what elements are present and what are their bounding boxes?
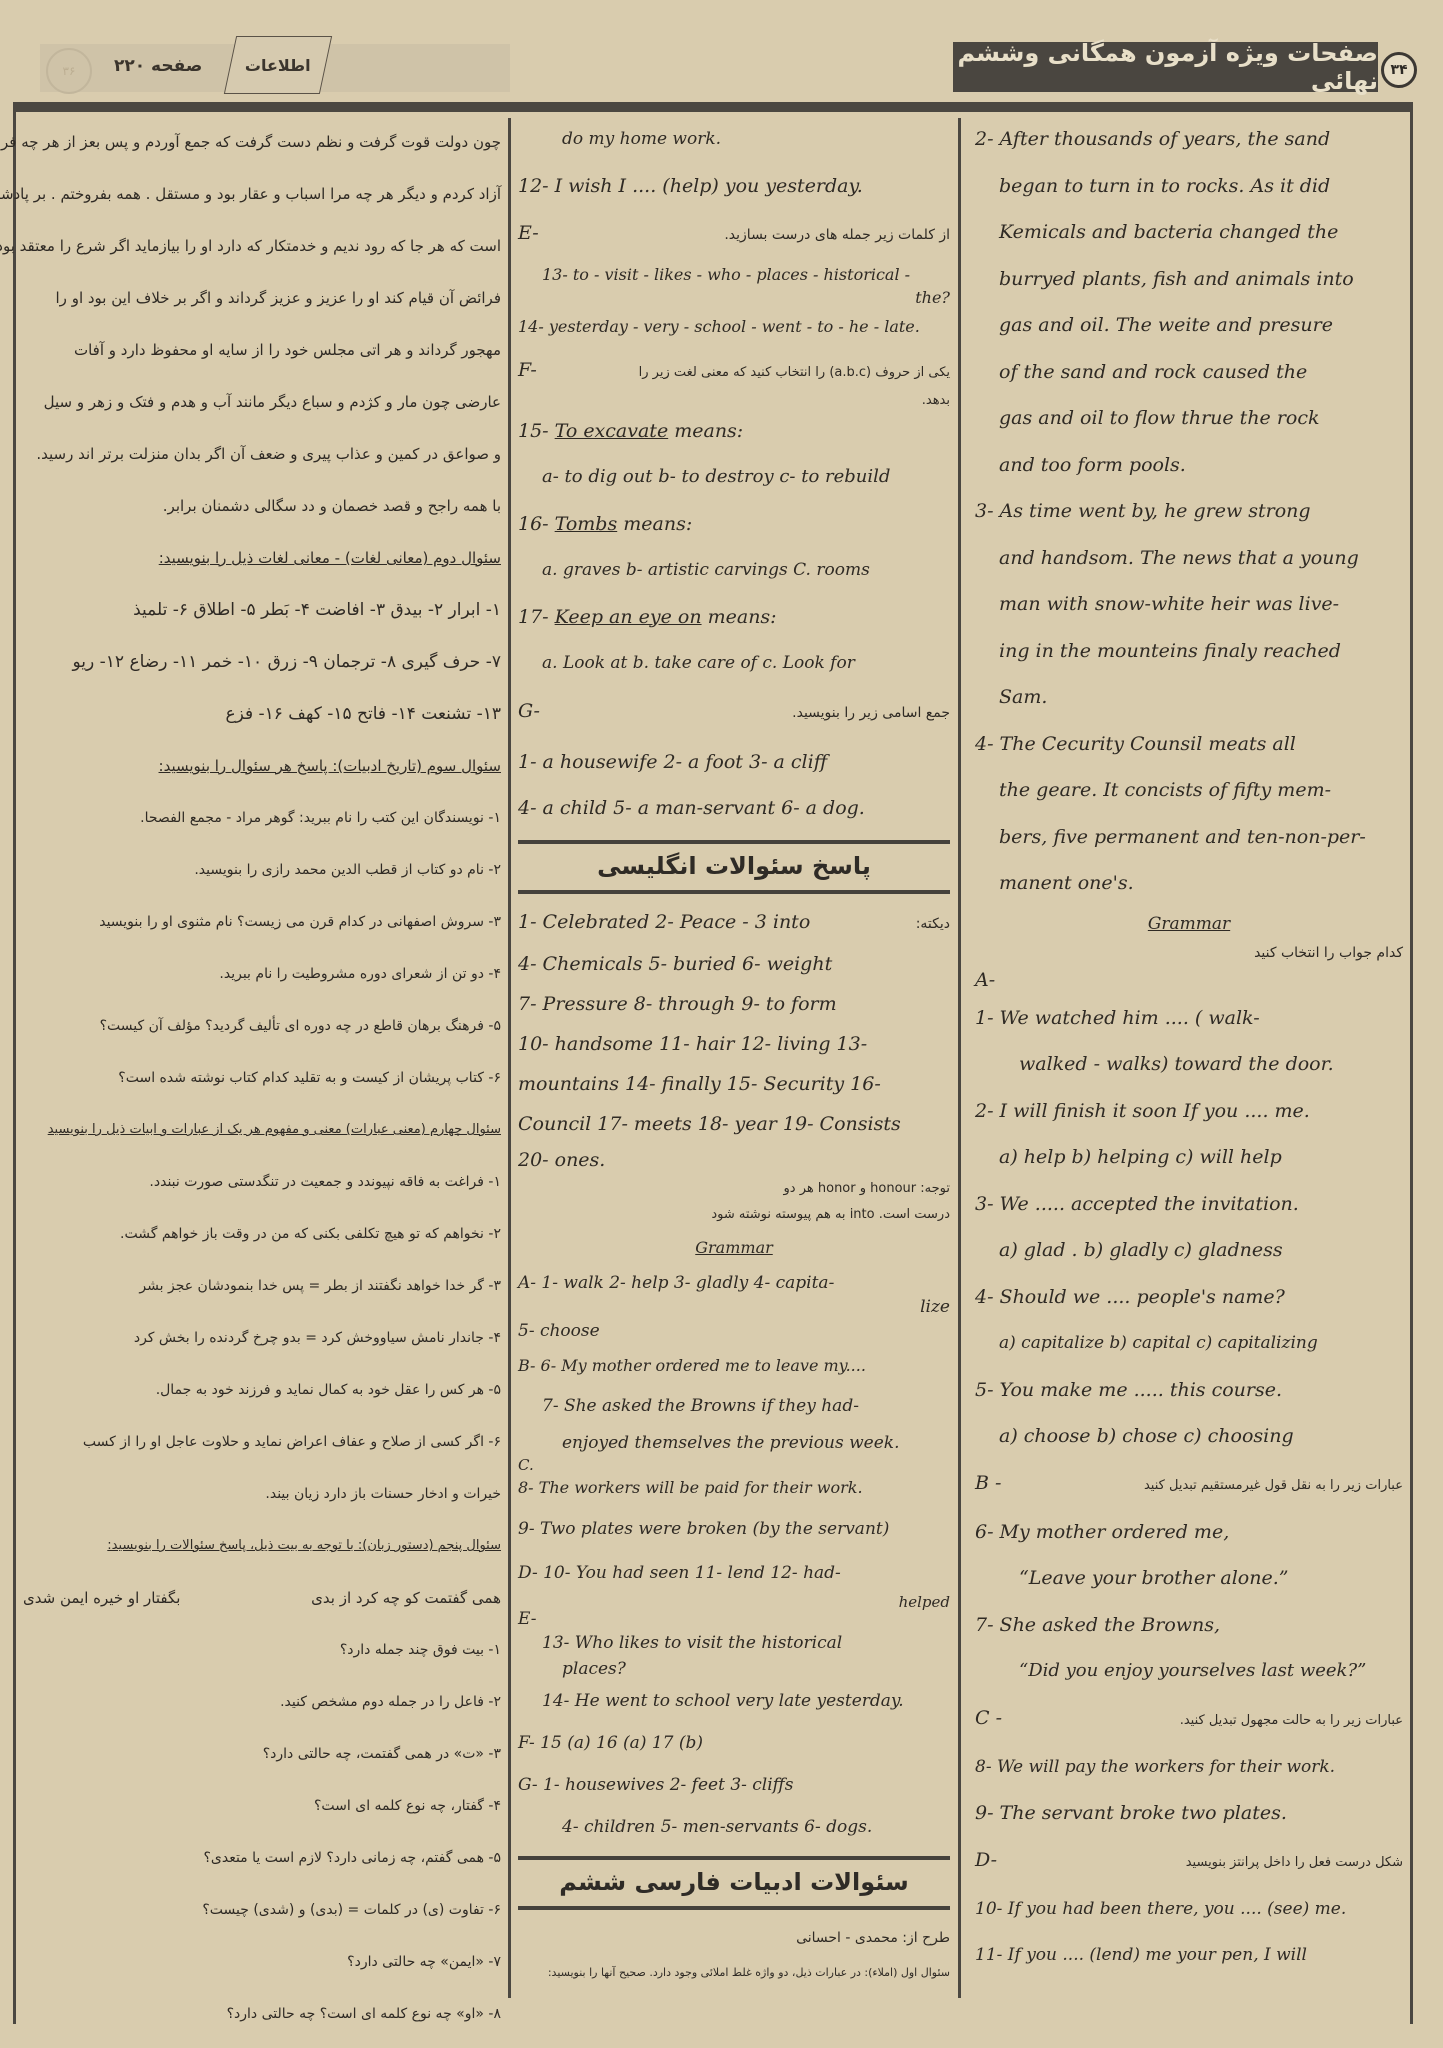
english-answers-column: do my home work. 12- I wish I .... (help…: [518, 116, 950, 1988]
grammar-answer-line: lize: [518, 1298, 950, 1316]
frame-left-border: [13, 102, 16, 2024]
question-16-term: Tombs: [555, 513, 618, 535]
grammar-answer-line: helped: [518, 1594, 950, 1610]
section-number-badge: ۳۴: [1381, 52, 1417, 88]
lit-history-item: ۴- دو تن از شعرای دوره مشروطیت را نام بب…: [23, 948, 501, 1000]
grammar-question-2: 2- I will finish it soon If you .... me.: [975, 1088, 1403, 1135]
vocab-line: ۱- ابرار ۲- بیدق ۳- افاضت ۴- بَطر ۵- اطل…: [23, 584, 501, 636]
phrase-item: ۳- گر خدا خواهد نگفتند از بطر = پس خدا ب…: [23, 1260, 501, 1312]
vocab-line: ۷- حرف گیری ۸- ترجمان ۹- زرق ۱۰- خمر ۱۱-…: [23, 636, 501, 688]
question-17-number: 17-: [518, 606, 555, 628]
answer-line: Council 17- meets 18- year 19- Consists: [518, 1104, 950, 1144]
grammar-question-7: 7- She asked the Browns,: [975, 1602, 1403, 1649]
section-c-instruction: عبارات زیر را به حالت مجهول تبدیل کنید.: [1180, 1698, 1403, 1744]
paragraph-3-line: and handsom. The news that a young: [975, 535, 1403, 582]
question-3-title: سئوال سوم (تاریخ ادبیات): پاسخ هر سئوال …: [23, 740, 501, 792]
grammar-item: ۵- همی گفتم، چه زمانی دارد؟ لازم است یا …: [23, 1832, 501, 1884]
passage-line: مهجور گرداند و هر اتی مجلس خود را از سای…: [23, 324, 501, 376]
paragraph-4-line: manent one's.: [975, 860, 1403, 907]
plural-question-line: 4- a child 5- a man-servant 6- a dog.: [518, 785, 950, 832]
newspaper-logo: اطلاعات: [224, 36, 332, 94]
question-15-options: a- to dig out b- to destroy c- to rebuil…: [518, 454, 950, 501]
lit-history-item: ۲- نام دو کتاب از قطب الدین محمد رازی را…: [23, 844, 501, 896]
persian-literature-section-title: سئوالات ادبیات فارسی ششم: [518, 1856, 950, 1910]
grammar-title: Grammar: [975, 907, 1403, 941]
passage-line: با همه راجح و قصد خصمان و دد سگالی دشمنا…: [23, 480, 501, 532]
paragraph-2-line: and too form pools.: [975, 442, 1403, 489]
grammar-answer-line: places?: [518, 1658, 950, 1680]
paragraph-3-line: Sam.: [975, 674, 1403, 721]
passage-line: آزاد کردم و دیگر هر چه مرا اسباب و عقار …: [23, 168, 501, 220]
grammar-item: ۱- بیت فوق چند جمله دارد؟: [23, 1624, 501, 1676]
page-frame: چون دولت قوت گرفت و نظم دست گرفت که جمع …: [13, 102, 1413, 2030]
grammar-answer-line: A- 1- walk 2- help 3- gladly 4- capita-: [518, 1268, 950, 1298]
passage-line: است که هر جا که رود ندیم و خدمتکار که دا…: [23, 220, 501, 272]
paragraph-2-line: gas and oil to flow thrue the rock: [975, 395, 1403, 442]
grammar-question-5: 5- You make me ..... this course.: [975, 1367, 1403, 1414]
section-b-instruction: عبارات زیر را به نقل قول غیرمستقیم تبدیل…: [1144, 1463, 1403, 1509]
section-a-instruction: کدام جواب را انتخاب کنید: [975, 941, 1403, 965]
section-title-banner: صفحات ویژه آزمون همگانی وششم نهائی: [953, 42, 1378, 92]
passage-line: عارضی چون مار و کژدم و سباع دیگر مانند آ…: [23, 376, 501, 428]
section-f-header: F- یکی از حروف (a.b.c) را انتخاب کنید که…: [518, 347, 950, 394]
phrase-item: ۲- نخواهم که تو هیچ تکلفی بکنی که من در …: [23, 1208, 501, 1260]
section-g-label: G-: [518, 688, 540, 735]
grammar-question-6-quote: “Leave your brother alone.”: [975, 1555, 1403, 1602]
grammar-question-7-quote: “Did you enjoy yourselves last week?”: [975, 1648, 1403, 1695]
passage-line: فرائض آن قیام کند او را عزیز و عزیز گردا…: [23, 272, 501, 324]
vocab-line: ۱۳- تشنعت ۱۴- فاتح ۱۵- کهف ۱۶- فزع: [23, 688, 501, 740]
grammar-item: ۳- «ت» در همی گفتمت، چه حالتی دارد؟: [23, 1728, 501, 1780]
question-designers: طرح از: محمدی - احسانی: [518, 1918, 950, 1958]
question-17-term: Keep an eye on: [555, 606, 702, 628]
grammar-item: ۷- «ایمن» چه حالتی دارد؟: [23, 1936, 501, 1988]
into-note: درست است. into به هم پیوسته نوشته شود: [518, 1202, 950, 1228]
question-15: 15- To excavate means:: [518, 408, 950, 455]
paragraph-4-line: 4- The Cecurity Counsil meats all: [975, 721, 1403, 768]
section-a-label: A-: [975, 965, 1403, 995]
section-f-instruction: یکی از حروف (a.b.c) را انتخاب کنید که مع…: [639, 359, 950, 387]
paragraph-2-line: gas and oil. The weite and presure: [975, 302, 1403, 349]
grammar-question-1: 1- We watched him .... ( walk-: [975, 995, 1403, 1042]
lit-history-item: ۱- نویسندگان این کتب را نام ببرید: گوهر …: [23, 792, 501, 844]
grammar-answer-label: E-: [518, 1610, 950, 1628]
phrase-item: ۴- جاندار نامش سیاووخش کرد = بدو چرخ گرد…: [23, 1312, 501, 1364]
paragraph-2-line: burryed plants, fish and animals into: [975, 256, 1403, 303]
grammar-question-2-options: a) help b) helping c) will help: [975, 1134, 1403, 1181]
couplet: همی گفتمت کو چه کرد از بدی بگفتار او خیر…: [23, 1572, 501, 1624]
page-header: ۳۶ صفحه ۲۲۰ اطلاعات صفحات ویژه آزمون همگ…: [0, 0, 1443, 100]
persian-question-1: سئوال اول (املاء): در عبارات ذیل، دو واژ…: [518, 1958, 950, 1988]
faded-badge: ۳۶: [46, 48, 92, 94]
grammar-question-4-options: a) capitalize b) capital c) capitalizing: [975, 1320, 1403, 1367]
grammar-answer-line: F- 15 (a) 16 (a) 17 (b): [518, 1722, 950, 1764]
frame-top-border: [13, 102, 1413, 112]
section-f-label: F-: [518, 347, 537, 394]
persian-literature-column: چون دولت قوت گرفت و نظم دست گرفت که جمع …: [23, 116, 501, 2040]
grammar-question-5-options: a) choose b) chose c) choosing: [975, 1413, 1403, 1460]
dictation-label: دیکته:: [916, 904, 950, 944]
section-c-header: C - عبارات زیر را به حالت مجهول تبدیل کن…: [975, 1695, 1403, 1744]
grammar-answer-line: 8- The workers will be paid for their wo…: [518, 1470, 950, 1506]
couplet-first-hemistich: همی گفتمت کو چه کرد از بدی: [311, 1572, 501, 1624]
question-16-number: 16-: [518, 513, 555, 535]
grammar-question-3-options: a) glad . b) gladly c) gladness: [975, 1227, 1403, 1274]
grammar-question-1-cont: walked - walks) toward the door.: [975, 1041, 1403, 1088]
phrase-item: ۵- هر کس را عقل خود به کمال نماید و فرزن…: [23, 1364, 501, 1416]
section-d-label: D-: [975, 1837, 997, 1884]
couplet-second-hemistich: بگفتار او خیره ایمن شدی: [23, 1572, 180, 1624]
question-14: 14- yesterday - very - school - went - t…: [518, 307, 950, 347]
section-e-header: E- از کلمات زیر جمله های درست بسازید.: [518, 209, 950, 261]
answers-first-row: 1- Celebrated 2- Peace - 3 into دیکته:: [518, 902, 950, 944]
grammar-question-9: 9- The servant broke two plates.: [975, 1790, 1403, 1837]
question-5-title: سئوال پنجم (دستور زبان): با توجه به بیت …: [23, 1520, 501, 1572]
section-b-header: B - عبارات زیر را به نقل قول غیرمستقیم ت…: [975, 1460, 1403, 1509]
section-c-label: C -: [975, 1695, 1002, 1742]
lit-history-item: ۵- فرهنگ برهان قاطع در چه دوره ای تألیف …: [23, 1000, 501, 1052]
question-17-options: a. Look at b. take care of c. Look for: [518, 640, 950, 687]
grammar-item: ۲- فاعل را در جمله دوم مشخص کنید.: [23, 1676, 501, 1728]
paragraph-2-line: Kemicals and bacteria changed the: [975, 209, 1403, 256]
grammar-question-10: 10- If you had been there, you .... (see…: [975, 1886, 1403, 1933]
paragraph-3-line: ing in the mounteins finaly reached: [975, 628, 1403, 675]
grammar-answer-line: B- 6- My mother ordered me to leave my..…: [518, 1346, 950, 1386]
answer-line: 7- Pressure 8- through 9- to form: [518, 984, 950, 1024]
plural-question-line: 1- a housewife 2- a foot 3- a cliff: [518, 739, 950, 786]
answer-line: 4- Chemicals 5- buried 6- weight: [518, 944, 950, 984]
section-b-label: B -: [975, 1460, 1001, 1507]
lit-history-item: ۶- کتاب پریشان از کیست و به تقلید کدام ک…: [23, 1052, 501, 1104]
question-15-number: 15-: [518, 420, 555, 442]
grammar-answer-line: 14- He went to school very late yesterda…: [518, 1680, 950, 1722]
column-divider-right: [958, 118, 961, 1998]
grammar-item: ۸- «او» چه نوع کلمه ای است؟ چه حالتی دار…: [23, 1988, 501, 2040]
passage-line: و صواعق در کمین و عذاب پیری و ضعف آن اگر…: [23, 428, 501, 480]
answer-line: mountains 14- finally 15- Security 16-: [518, 1064, 950, 1104]
answer-line: 1- Celebrated 2- Peace - 3 into: [518, 902, 810, 942]
grammar-answer-line: 4- children 5- men-servants 6- dogs.: [518, 1806, 950, 1848]
grammar-answer-line: enjoyed themselves the previous week.: [518, 1426, 950, 1460]
answer-line: 20- ones.: [518, 1144, 950, 1176]
grammar-question-8: 8- We will pay the workers for their wor…: [975, 1744, 1403, 1791]
honour-note: توجه: honour و honor هر دو: [518, 1176, 950, 1202]
grammar-question-6: 6- My mother ordered me,: [975, 1509, 1403, 1556]
question-2-title: سئوال دوم (معانی لغات) - معانی لغات ذیل …: [23, 532, 501, 584]
question-15-term: To excavate: [555, 420, 669, 442]
grammar-answer-line: G- 1- housewives 2- feet 3- cliffs: [518, 1764, 950, 1806]
grammar-item: ۴- گفتار، چه نوع کلمه ای است؟: [23, 1780, 501, 1832]
question-13: 13- to - visit - likes - who - places - …: [518, 261, 950, 289]
grammar-answer-line: 9- Two plates were broken (by the servan…: [518, 1506, 950, 1552]
section-d-instruction: شکل درست فعل را داخل پرانتز بنویسید: [1186, 1840, 1403, 1886]
grammar-item: ۶- تفاوت (ی) در کلمات = (بدی) و (شدی) چی…: [23, 1884, 501, 1936]
grammar-question-3: 3- We ..... accepted the invitation.: [975, 1181, 1403, 1228]
paragraph-2-line: of the sand and rock caused the: [975, 349, 1403, 396]
paragraph-3-line: man with snow-white heir was live-: [975, 581, 1403, 628]
english-questions-column: 2- After thousands of years, the sand be…: [975, 116, 1403, 1979]
answer-line: 10- handsome 11- hair 12- living 13-: [518, 1024, 950, 1064]
section-f-instruction-cont: بدهد.: [518, 394, 950, 408]
question-16-options: a. graves b- artistic carvings C. rooms: [518, 547, 950, 594]
answers-section-title: پاسخ سئوالات انگلیسی: [518, 840, 950, 894]
phrase-item: خیرات و ادخار حسنات باز دارد زیان بیند.: [23, 1468, 501, 1520]
passage-line: چون دولت قوت گرفت و نظم دست گرفت که جمع …: [23, 116, 501, 168]
grammar-answer-line: 13- Who likes to visit the historical: [518, 1628, 950, 1658]
section-e-instruction: از کلمات زیر جمله های درست بسازید.: [724, 209, 950, 261]
paragraph-4-line: bers, five permanent and ten-non-per-: [975, 814, 1403, 861]
page-number-label: صفحه ۲۲۰: [114, 56, 202, 76]
question-17: 17- Keep an eye on means:: [518, 594, 950, 641]
phrase-item: ۱- فراغت به فاقه نپیوندد و جمعیت در تنگد…: [23, 1156, 501, 1208]
logo-text: اطلاعات: [245, 56, 311, 75]
question-12: 12- I wish I .... (help) you yesterday.: [518, 163, 950, 210]
grammar-answer-line: 5- choose: [518, 1316, 950, 1346]
question-4-title: سئوال چهارم (معنی عبارات) معنی و مفهوم ه…: [23, 1104, 501, 1156]
grammar-answer-line: D- 10- You had seen 11- lend 12- had-: [518, 1552, 950, 1594]
section-g-instruction: جمع اسامی زیر را بنویسید.: [792, 687, 950, 739]
question-15-suffix: means:: [668, 420, 743, 442]
section-e-label: E-: [518, 210, 539, 257]
grammar-question-11: 11- If you .... (lend) me your pen, I wi…: [975, 1932, 1403, 1979]
grammar-answer-line: 7- She asked the Browns if they had-: [518, 1386, 950, 1426]
phrase-item: ۶- اگر کسی از صلاح و عفاف اعراض نماید و …: [23, 1416, 501, 1468]
question-16: 16- Tombs means:: [518, 501, 950, 548]
paragraph-3-line: 3- As time went by, he grew strong: [975, 488, 1403, 535]
paragraph-2-line: began to turn in to rocks. As it did: [975, 163, 1403, 210]
grammar-question-4: 4- Should we .... people's name?: [975, 1274, 1403, 1321]
paragraph-4-line: the geare. It concists of fifty mem-: [975, 767, 1403, 814]
grammar-answer-label: C.: [518, 1460, 950, 1470]
column-divider-left: [508, 118, 511, 1998]
question-13-continued: the?: [518, 289, 950, 307]
newspaper-masthead: ۳۶ صفحه ۲۲۰ اطلاعات: [40, 44, 510, 92]
grammar-answers-title: Grammar: [518, 1228, 950, 1268]
question-16-suffix: means:: [617, 513, 692, 535]
section-g-header: G- جمع اسامی زیر را بنویسید.: [518, 687, 950, 739]
question-17-suffix: means:: [702, 606, 777, 628]
frame-right-border: [1410, 102, 1413, 2024]
lit-history-item: ۳- سروش اصفهانی در کدام قرن می زیست؟ نام…: [23, 896, 501, 948]
paragraph-2-line: 2- After thousands of years, the sand: [975, 116, 1403, 163]
section-d-header: D- شکل درست فعل را داخل پرانتز بنویسید: [975, 1837, 1403, 1886]
continuation-line: do my home work.: [518, 116, 950, 163]
